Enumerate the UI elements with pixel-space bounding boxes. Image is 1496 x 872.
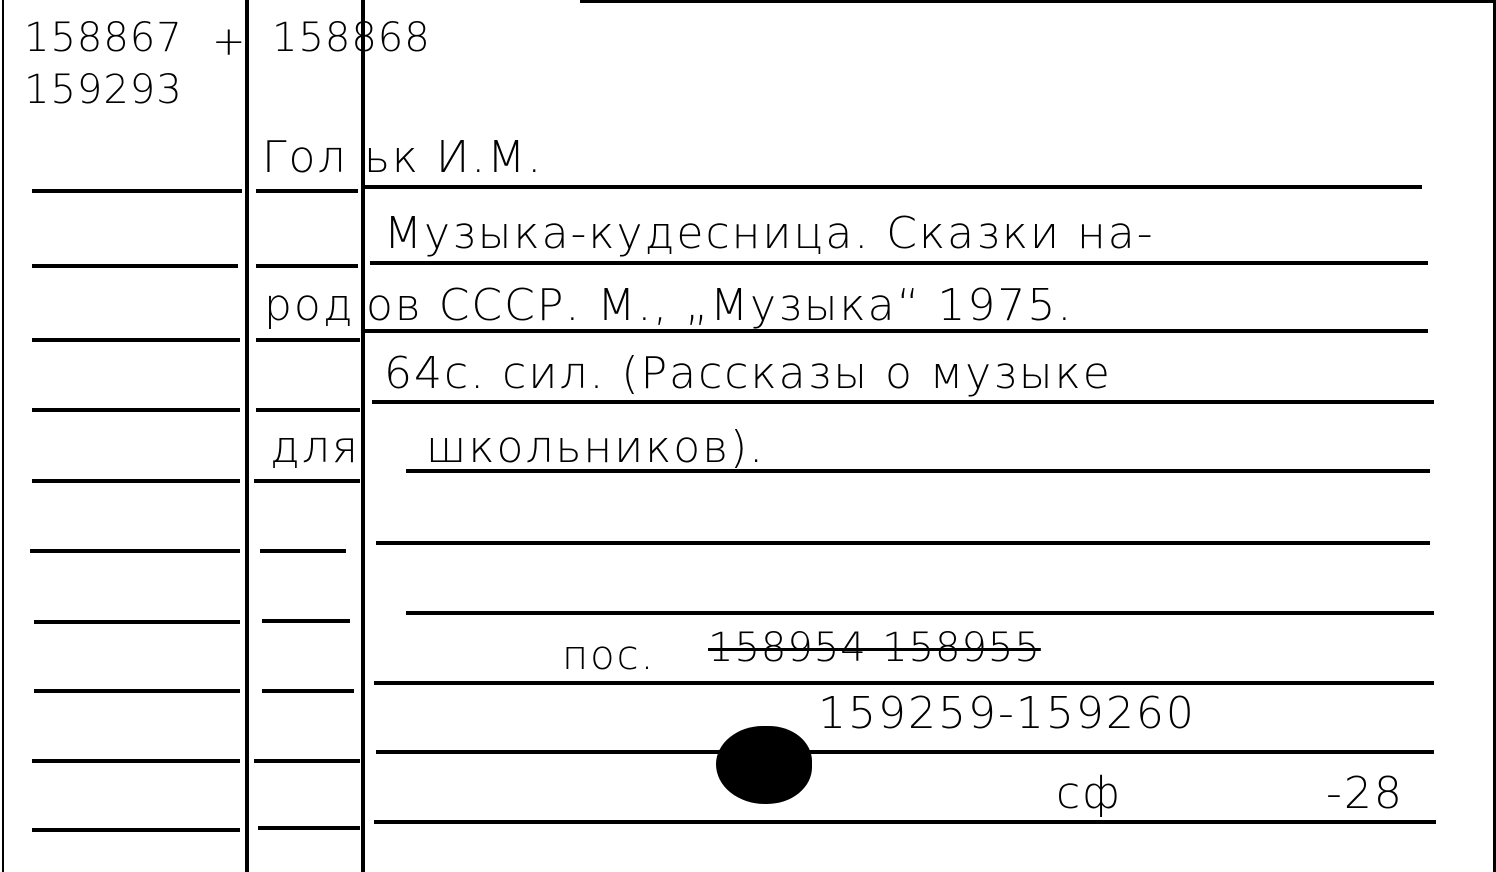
received-label: пос.: [562, 636, 655, 676]
middle-rule: [256, 264, 358, 268]
middle-rule: [262, 689, 354, 693]
main-rule: [370, 261, 1428, 265]
middle-rule: [254, 759, 360, 763]
title-line-4-margin: для: [270, 426, 360, 470]
left-rule: [32, 189, 242, 193]
left-rule: [34, 620, 240, 624]
accession-number-left-top: 158867: [24, 18, 183, 58]
author-name: ьк И.М.: [364, 136, 543, 180]
shelf-number: -28: [1326, 772, 1404, 816]
ink-blot: [716, 726, 812, 804]
title-line-3: 64с. сил. (Рассказы о музыке: [384, 352, 1112, 396]
title-line-2-margin: род: [264, 284, 355, 328]
author-margin-fragment: Гол: [262, 136, 348, 180]
left-rule: [32, 759, 240, 763]
left-rule: [30, 549, 240, 553]
left-rule: [32, 479, 240, 483]
left-rule: [32, 828, 240, 832]
title-line-4: школьников).: [426, 426, 765, 470]
card-border-left: [2, 0, 4, 872]
received-numbers: 159259-159260: [818, 692, 1196, 736]
middle-rule: [256, 338, 360, 342]
main-rule: [376, 750, 1434, 754]
middle-rule: [260, 549, 346, 553]
middle-rule: [262, 619, 350, 623]
main-rule: [406, 611, 1434, 615]
accession-number-left-second: 159293: [24, 70, 183, 110]
middle-rule: [256, 189, 358, 193]
left-rule: [34, 689, 240, 693]
main-rule: [364, 185, 1422, 189]
vertical-rule-2: [361, 0, 365, 872]
accession-number-right-top: 158868: [272, 18, 431, 58]
shelf-code: сф: [1056, 772, 1122, 816]
middle-rule: [254, 479, 360, 483]
main-rule: [374, 820, 1436, 824]
vertical-rule-1: [245, 0, 249, 872]
main-rule: [374, 681, 1434, 685]
received-numbers-crossed-out: 158954-158955: [708, 628, 1041, 668]
main-rule: [372, 400, 1434, 404]
left-rule: [32, 408, 240, 412]
title-line-1: Музыка-кудесница. Сказки на-: [384, 212, 1155, 256]
left-rule: [32, 338, 240, 342]
middle-rule: [256, 408, 360, 412]
left-rule: [32, 264, 238, 268]
main-rule: [376, 541, 1430, 545]
card-border-top: [580, 0, 1496, 3]
title-line-2: ов СССР. М., „Музыка“ 1975.: [366, 284, 1073, 328]
catalog-card: 158867 + 159293 158868 Гол ьк И.М. Музык…: [0, 0, 1496, 872]
middle-rule: [258, 826, 360, 830]
accession-plus-sign: +: [212, 22, 248, 62]
